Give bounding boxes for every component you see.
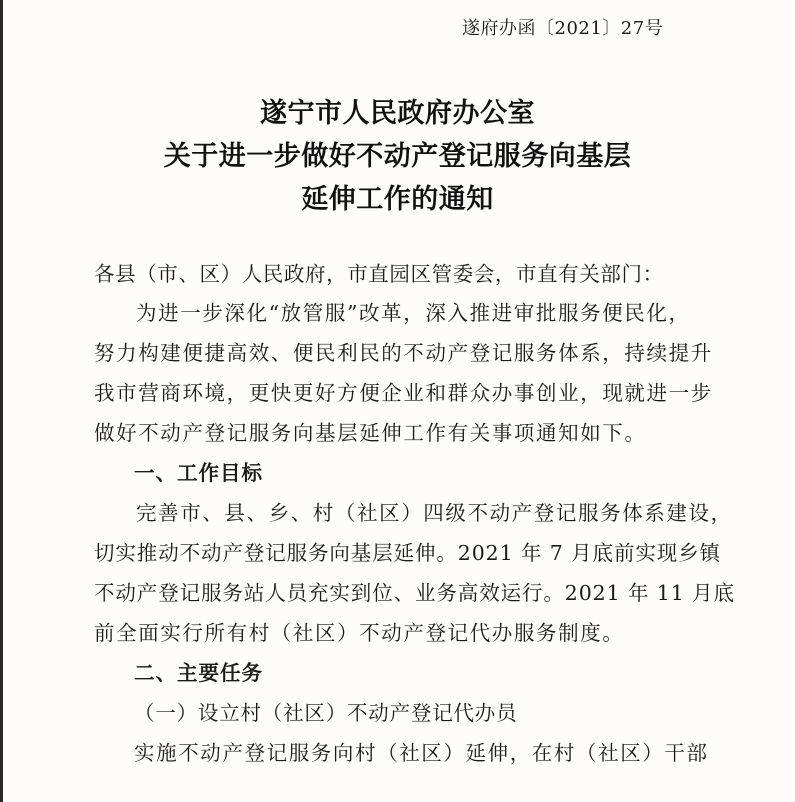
section-heading-main-tasks: 二、主要任务 xyxy=(134,656,263,686)
addressee-line: 各县（市、区）人民政府，市直园区管委会，市直有关部门： xyxy=(94,257,664,287)
document-number: 遂府办函〔2021〕27号 xyxy=(462,14,663,40)
section-body-line: 不动产登记服务站人员充实到位、业务高效运行。2021 年 11 月底 xyxy=(94,576,735,606)
subsection-heading: （一）设立村（社区）不动产登记代办员 xyxy=(134,696,517,726)
section-body-line: 完善市、县、乡、村（社区）四级不动产登记服务体系建设， xyxy=(136,496,733,526)
document-title-line-3: 延伸工作的通知 xyxy=(0,177,795,216)
document-title-line-1: 遂宁市人民政府办公室 xyxy=(0,91,795,130)
intro-paragraph-line: 做好不动产登记服务向基层延伸工作有关事项通知如下。 xyxy=(94,416,647,446)
section-body-line: 切实推动不动产登记服务向基层延伸。2021 年 7 月底前实现乡镇 xyxy=(94,536,721,566)
intro-paragraph-line: 努力构建便捷高效、便民利民的不动产登记服务体系，持续提升 xyxy=(94,336,713,366)
section-body-line: 实施不动产登记服务向村（社区）延伸，在村（社区）干部 xyxy=(134,736,709,766)
intro-paragraph-line: 为进一步深化“放管服”改革，深入推进审批服务便民化， xyxy=(136,296,691,326)
document-title-line-2: 关于进一步做好不动产登记服务向基层 xyxy=(0,134,795,173)
section-heading-work-goals: 一、工作目标 xyxy=(134,456,263,486)
section-body-line: 前全面实行所有村（社区）不动产登记代办服务制度。 xyxy=(94,616,624,646)
intro-paragraph-line: 我市营商环境，更快更好方便企业和群众办事创业，现就进一步 xyxy=(94,376,713,406)
